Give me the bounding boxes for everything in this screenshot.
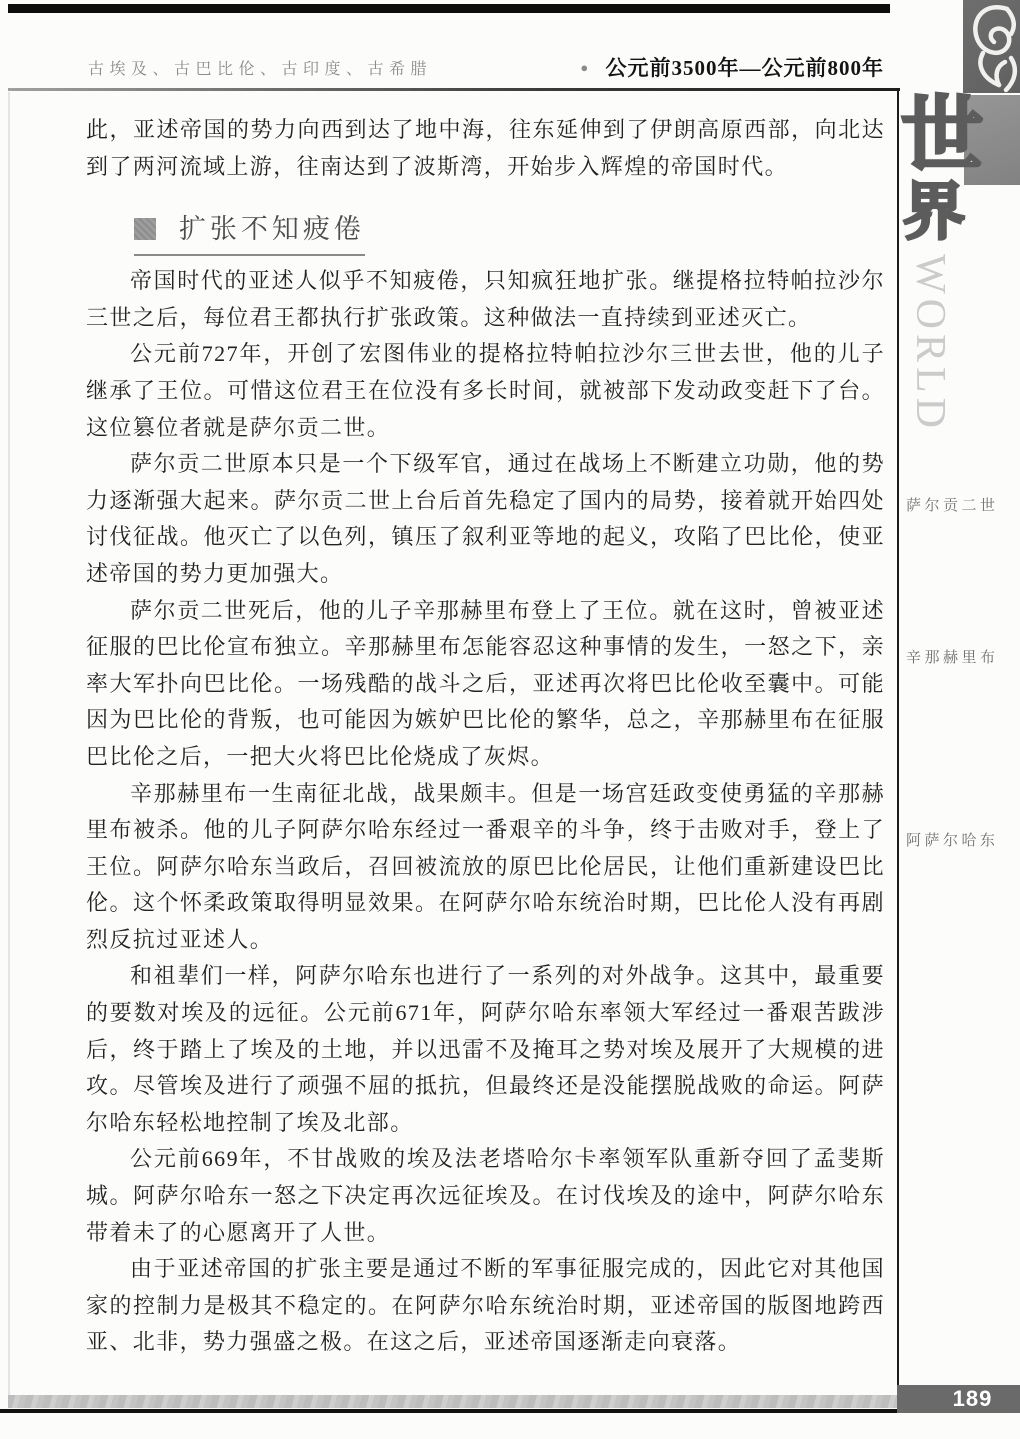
page-left-edge xyxy=(8,92,10,1408)
body-paragraph: 公元前669年，不甘战败的埃及法老塔哈尔卡率领军队重新夺回了孟斐斯城。阿萨尔哈东… xyxy=(86,1141,885,1251)
sidebar-divider xyxy=(897,91,899,1386)
bullet-icon: ● xyxy=(580,60,589,75)
header-date-range: ● 公元前3500年—公元前800年 xyxy=(560,52,884,82)
section-marker-icon xyxy=(134,218,156,240)
margin-note-esarhaddon: 阿萨尔哈东 xyxy=(906,829,1018,850)
body-paragraph: 辛那赫里布一生南征北战，战果颇丰。但是一场宫廷政变使勇猛的辛那赫里布被杀。他的儿… xyxy=(86,776,885,959)
section-title: 扩张不知疲倦 xyxy=(179,214,365,244)
world-vertical-label: WORLD xyxy=(906,254,954,492)
body-paragraph: 由于亚述帝国的扩张主要是通过不断的军事征服完成的，因此它对其他国家的控制力是极其… xyxy=(86,1251,885,1361)
body-paragraph: 帝国时代的亚述人似乎不知疲倦，只知疯狂地扩张。继提格拉特帕拉沙尔三世之后，每位君… xyxy=(86,263,885,336)
page-number: 189 xyxy=(953,1386,993,1412)
swirl-ornament-icon xyxy=(963,0,1020,93)
body-paragraph: 和祖辈们一样，阿萨尔哈东也进行了一系列的对外战争。这其中，最重要的要数对埃及的远… xyxy=(86,958,885,1141)
body-paragraph: 萨尔贡二世原本只是一个下级军官，通过在战场上不断建立功勋，他的势力逐渐强大起来。… xyxy=(86,446,885,592)
top-bar xyxy=(8,4,890,13)
margin-note-sennacherib: 辛那赫里布 xyxy=(906,646,1018,667)
section-heading: 扩张不知疲倦 xyxy=(134,207,885,249)
footer-rule xyxy=(0,1409,897,1413)
logo-char-jie: 界 xyxy=(903,178,965,248)
margin-note-sargon: 萨尔贡二世 xyxy=(906,494,1018,515)
body-paragraph: 萨尔贡二世死后，他的儿子辛那赫里布登上了王位。就在这时，曾被亚述征服的巴比伦宣布… xyxy=(86,593,885,776)
footer-texture-bar xyxy=(8,1395,897,1408)
header-categories: 古埃及、古巴比伦、古印度、古希腊 xyxy=(88,56,432,79)
main-text-column: 此，亚述帝国的势力向西到达了地中海，往东延伸到了伊朗高原西部，向北达到了两河流域… xyxy=(86,112,885,1361)
section-heading-underline: 扩张不知疲倦 xyxy=(134,207,365,256)
date-range-text: 公元前3500年—公元前800年 xyxy=(606,56,885,80)
body-paragraph-intro: 此，亚述帝国的势力向西到达了地中海，往东延伸到了伊朗高原西部，向北达到了两河流域… xyxy=(86,112,885,185)
logo-char-shi: 世 xyxy=(901,88,983,184)
page-number-badge: 189 xyxy=(897,1385,1020,1413)
header-rule xyxy=(8,88,900,91)
book-page: 古埃及、古巴比伦、古印度、古希腊 ● 公元前3500年—公元前800年 世 界 … xyxy=(0,0,1020,1439)
body-paragraph: 公元前727年，开创了宏图伟业的提格拉特帕拉沙尔三世去世，他的儿子继承了王位。可… xyxy=(86,336,885,446)
